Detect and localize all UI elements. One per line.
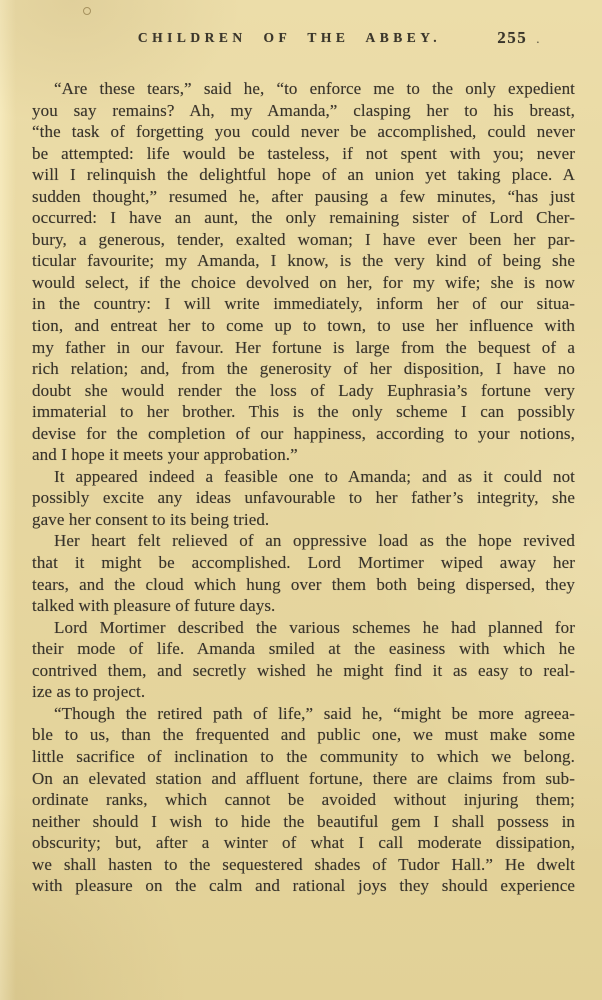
text-line: Lord Mortimer described the various sche… xyxy=(32,617,575,639)
text-line: “Are these tears,” said he, “to enforce … xyxy=(32,78,575,100)
text-line: you say remains? Ah, my Amanda,” claspin… xyxy=(32,100,575,122)
text-line: “the task of forgetting you could never … xyxy=(32,121,575,143)
text-line: bury, a generous, tender, exalted woman;… xyxy=(32,229,575,251)
text-line: doubt she would render the loss of Lady … xyxy=(32,380,575,402)
text-line: sudden thought,” resumed he, after pausi… xyxy=(32,186,575,208)
text-line: ordinate ranks, which cannot be avoided … xyxy=(32,789,575,811)
text-line: gave her consent to its being tried. xyxy=(32,509,575,531)
text-line: be attempted: life would be tasteless, i… xyxy=(32,143,575,165)
page-number: 255. xyxy=(497,28,541,48)
book-page: CHILDREN OF THE ABBEY. 255. “Are these t… xyxy=(0,0,602,1000)
text-line: my father in our favour. Her fortune is … xyxy=(32,337,575,359)
text-line: and I hope it meets your approbation.” xyxy=(32,444,575,466)
ink-speck xyxy=(83,7,91,15)
running-title: CHILDREN OF THE ABBEY. xyxy=(18,30,561,46)
text-line: rich relation; and, from the generosity … xyxy=(32,358,575,380)
text-line: possibly excite any ideas unfavourable t… xyxy=(32,487,575,509)
text-line: ticular favourite; my Amanda, I know, is… xyxy=(32,250,575,272)
text-line: tears, and the cloud which hung over the… xyxy=(32,574,575,596)
page-header: CHILDREN OF THE ABBEY. 255. xyxy=(32,30,575,52)
text-block: “Are these tears,” said he, “to enforce … xyxy=(32,78,575,897)
text-line: devise for the completion of our happine… xyxy=(32,423,575,445)
text-line: would select, if the choice devolved on … xyxy=(32,272,575,294)
text-line: that it might be accomplished. Lord Mort… xyxy=(32,552,575,574)
text-line: Her heart felt relieved of an oppressive… xyxy=(32,530,575,552)
page-number-value: 255 xyxy=(497,28,527,47)
text-line: immaterial to her brother. This is the o… xyxy=(32,401,575,423)
text-line: their mode of life. Amanda smiled at the… xyxy=(32,638,575,660)
page-number-mark: . xyxy=(527,31,541,46)
text-line: tion, and entreat her to come up to town… xyxy=(32,315,575,337)
text-line: little sacrifice of inclination to the c… xyxy=(32,746,575,768)
text-line: we shall hasten to the sequestered shade… xyxy=(32,854,575,876)
text-line: neither should I wish to hide the beauti… xyxy=(32,811,575,833)
text-line: will I relinquish the delightful hope of… xyxy=(32,164,575,186)
text-line: in the country: I will write immediately… xyxy=(32,293,575,315)
text-line: ble to us, than the frequented and publi… xyxy=(32,724,575,746)
text-line: with pleasure on the calm and rational j… xyxy=(32,875,575,897)
text-line: It appeared indeed a feasible one to Ama… xyxy=(32,466,575,488)
text-line: talked with pleasure of future days. xyxy=(32,595,575,617)
text-line: contrived them, and secretly wished he m… xyxy=(32,660,575,682)
text-line: On an elevated station and affluent fort… xyxy=(32,768,575,790)
text-line: “Though the retired path of life,” said … xyxy=(32,703,575,725)
text-line: occurred: I have an aunt, the only remai… xyxy=(32,207,575,229)
text-line: obscurity; but, after a winter of what I… xyxy=(32,832,575,854)
text-line: ize as to project. xyxy=(32,681,575,703)
